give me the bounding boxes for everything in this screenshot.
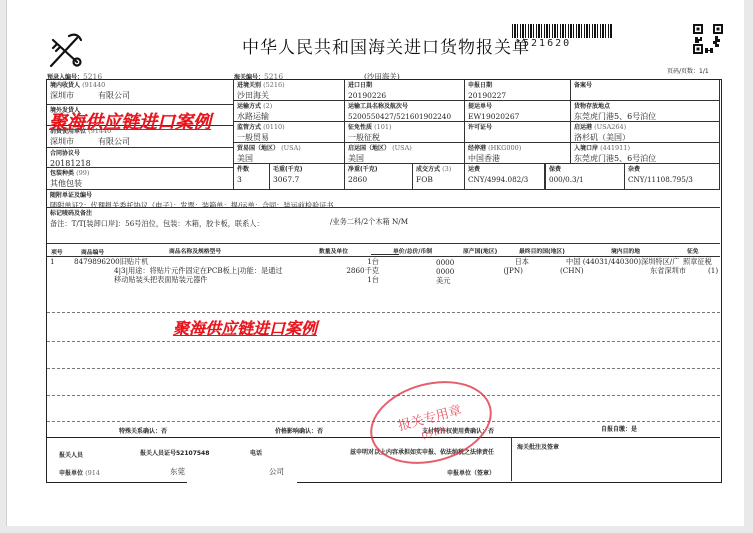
trade-country-cell: 贸易国（地区） (USA) 美国 — [234, 143, 345, 164]
watermark-top: 聚海供应链进口案例 — [49, 108, 211, 134]
phone-label: 电话 — [250, 448, 262, 457]
marks-remarks-right: /业务二科/2个木箱 N/M — [330, 217, 408, 227]
declare-unit-name-end: 公司 — [269, 466, 284, 477]
price-influence-confirm: 价格影响确认：否 — [275, 426, 323, 435]
attached-docs-cell: 随附单证及编号 随附单证2：代理报关委托协议（电子）；发票；装箱单；提/运单；合… — [47, 190, 720, 208]
self-pay-confirm: 自报自缴：是 — [601, 424, 637, 433]
storage-place-cell: 货物存放地点 东莞虎门港5、6号泊位 — [571, 101, 720, 122]
barcode-number: *521620 — [515, 38, 571, 49]
tax-nature-cell: 征免性质 (101) 一般征税 — [345, 122, 465, 143]
bill-of-lading-cell: 提运单号 EW19020267 — [465, 101, 571, 122]
supervision-mode-cell: 监管方式 (0110) 一般贸易 — [234, 122, 345, 143]
col-quantity: 数量及单位 — [319, 246, 348, 255]
row-separator — [47, 368, 720, 369]
declarant-label: 报关人员 — [59, 450, 83, 459]
transport-mode-cell: 运输方式 (2) 水路运输 — [234, 101, 345, 122]
watermark-middle: 聚海供应链进口案例 — [173, 316, 317, 339]
qr-code-icon — [693, 24, 723, 54]
consignee-cell: 境内收货人 (91440 深圳市有限公司 — [47, 80, 234, 105]
page-count: 页码/页数：1/1 — [667, 66, 709, 75]
license-no-cell: 许可证号 — [465, 122, 571, 143]
declare-unit-name-mid: 东莞 — [170, 466, 185, 477]
declare-date-cell: 申报日期 20190227 — [465, 80, 571, 101]
barcode — [512, 24, 612, 38]
gross-weight-cell: 毛重(千克) 3067.7 — [270, 164, 345, 190]
col-levy: 征免 — [687, 246, 699, 255]
col-origin: 原产国(地区) — [463, 246, 497, 255]
declarant-cert: 报关人员证号52107548 — [140, 448, 209, 457]
col-domestic-destination: 境内目的地 — [611, 246, 640, 255]
pieces-cell: 件数 3 — [234, 164, 270, 190]
transit-port-cell: 经停港 (HKG000) 中国香港 — [465, 143, 571, 164]
entry-port-cell: 入境口岸 (441911) 东莞虎门港5、6号泊位 — [571, 143, 720, 164]
misc-fee-cell: 杂费 CNY/11108.795/3 — [625, 164, 720, 190]
col-final-destination: 最终目的国(地区) — [519, 246, 565, 255]
form-title: 中华人民共和国海关进口货物报关单 — [242, 33, 530, 58]
customs-declaration-page: 中华人民共和国海关进口货物报关单 *521620 预录入编号：5216 海关编号… — [6, 0, 744, 526]
entry-customs-cell: 进境关别 (5216) 沙田海关 — [234, 80, 345, 101]
freight-cell: 运费 CNY/4994.082/3 — [465, 164, 545, 190]
declare-unit-sign: 申报单位（签章） — [447, 468, 495, 477]
col-hs-code: 商品编号 — [81, 247, 104, 256]
insurance-cell: 保费 000/0.3/1 — [545, 164, 625, 190]
contract-cell: 合同协议号 20181218 — [47, 148, 234, 168]
transport-name-cell: 运输工具名称及航次号 5200550427/521601902240 — [345, 101, 465, 122]
col-item-no: 项号 — [51, 247, 63, 256]
col-goods-name: 商品名称及规格型号 — [169, 246, 221, 255]
departure-country-cell: 启运国（地区） (USA) 美国 — [345, 143, 465, 164]
net-weight-cell: 净重(千克) 2860 — [345, 164, 413, 190]
import-date-cell: 进口日期 20190226 — [345, 80, 465, 101]
record-no-cell: 备案号 — [571, 80, 720, 101]
packaging-cell: 包装种类 (99) 其他包装 — [47, 168, 234, 190]
footer-vertical-divider — [511, 437, 512, 481]
redaction — [187, 480, 297, 484]
row-separator — [47, 395, 720, 396]
row-separator — [47, 312, 720, 313]
items-subline — [371, 254, 399, 255]
departure-port-cell: 启运港 (USA264) 洛杉矶（美国） — [571, 122, 720, 143]
customs-approval-label: 海关批注及签章 — [517, 442, 559, 451]
declare-unit: 申报单位 (914 — [59, 468, 100, 477]
special-relation-confirm: 特殊关系确认：否 — [119, 426, 167, 435]
transaction-mode-cell: 成交方式 (3) FOB — [413, 164, 465, 190]
row-separator — [47, 341, 720, 342]
table-row: 1 8479896200旧贴片机 4|3|用途：将贴片元件固定在PCB板上|功能… — [47, 257, 720, 287]
customs-emblem-icon — [47, 30, 85, 70]
